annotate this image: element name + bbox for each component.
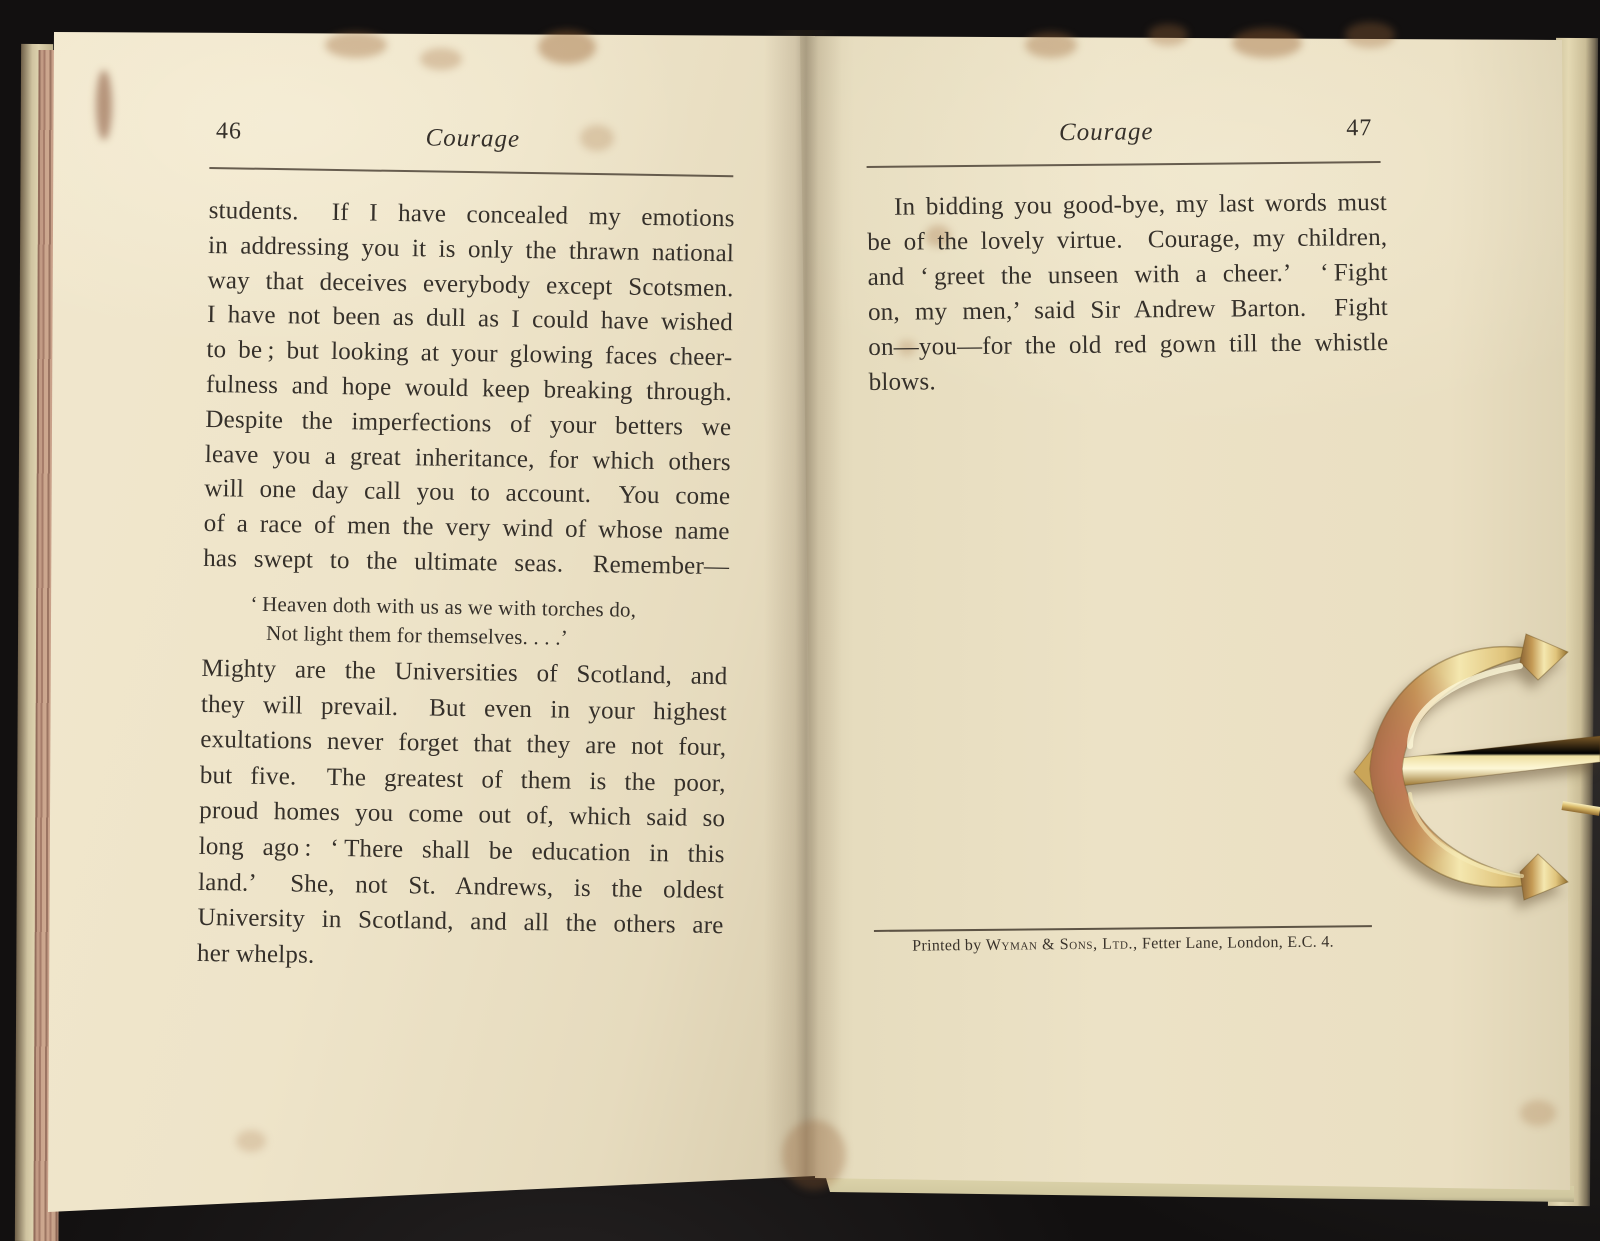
left-body-paragraph: students. If I have concealed my emotion… — [203, 194, 735, 585]
imprint-prefix: Printed by — [912, 937, 986, 955]
foxing-stain — [1025, 32, 1077, 58]
foxing-stain — [420, 48, 462, 70]
anchor-clasp-icon — [1350, 626, 1600, 910]
foxing-stain — [96, 70, 112, 140]
text-line: In bidding you good-bye, my last words m… — [867, 185, 1387, 225]
right-running-header: Courage — [846, 116, 1366, 149]
photo-scene: 46 Courage students. If I have concealed… — [0, 0, 1600, 1241]
text-line: on—you—for the old red gown till the whi… — [868, 325, 1388, 365]
text-line: and ‘ greet the unseen with a cheer.’ ‘ … — [867, 255, 1387, 295]
foxing-stain — [538, 30, 596, 64]
foxing-stain — [1345, 22, 1395, 48]
foxing-stain — [1520, 1100, 1556, 1126]
foxing-stain — [1148, 24, 1188, 46]
left-body-paragraph-2: Mighty are the Universities of Scotland,… — [197, 651, 728, 980]
foxing-stain — [782, 1120, 846, 1190]
right-body-paragraph: In bidding you good-bye, my last words m… — [867, 185, 1389, 400]
right-page-number: 47 — [1346, 115, 1372, 142]
text-line: on, my men,’ said Sir Andrew Barton. Fig… — [868, 290, 1388, 330]
foxing-stain — [236, 1130, 266, 1152]
imprint-printer-name: Wyman & Sons, Ltd., — [986, 935, 1138, 953]
left-verse-quote: ‘ Heaven doth with us as we with torches… — [202, 589, 729, 654]
foxing-stain — [1232, 28, 1302, 58]
text-line: be of the lovely virtue. Courage, my chi… — [867, 220, 1387, 260]
gutter-shadow — [764, 30, 842, 1180]
text-line: blows. — [869, 360, 1389, 400]
foxing-stain — [325, 32, 387, 58]
imprint-suffix: Fetter Lane, London, E.C. 4. — [1138, 934, 1334, 953]
